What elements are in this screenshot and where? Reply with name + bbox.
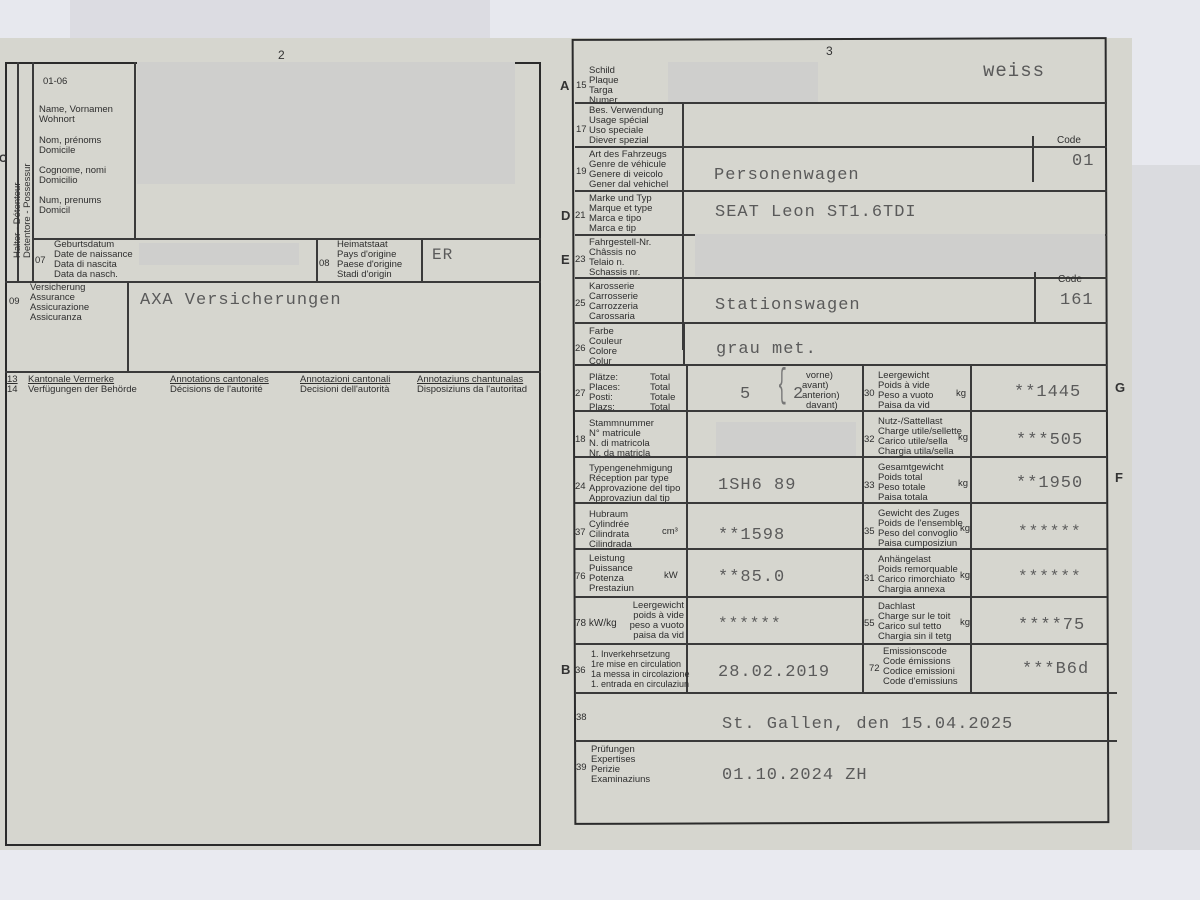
power-value: **85.0 — [718, 568, 785, 587]
home-country-value: ER — [432, 246, 453, 264]
trailer-load-field-number: 31 — [864, 573, 875, 584]
seats-field-number: 27 — [575, 388, 586, 399]
holder-label: Domicil — [39, 206, 101, 216]
vehicle-kind-field-number: 19 — [576, 166, 587, 177]
total-weight-field-number: 33 — [864, 480, 875, 491]
seats-brace: { — [777, 366, 787, 408]
inspections-label: Examinaziuns — [591, 775, 650, 785]
chassis-field-number: 23 — [575, 254, 586, 265]
divider — [575, 410, 1107, 412]
displacement-field-number: 37 — [575, 527, 586, 538]
empty-weight-unit: kg — [956, 389, 966, 399]
divider — [127, 281, 129, 372]
body-field-number: 25 — [575, 298, 586, 309]
divider — [683, 322, 685, 364]
remarks-label-fr: Décisions de l'autorité — [170, 385, 269, 395]
seats-label: Plazs: — [589, 403, 620, 413]
section-letter-d: D — [561, 208, 570, 223]
divider — [421, 238, 423, 282]
divider — [575, 740, 1117, 742]
divider — [575, 692, 1117, 694]
remarks-label-rm: Disposiziuns da l'autoritad — [417, 385, 527, 395]
divider — [575, 456, 1107, 458]
empty-weight-field-number: 30 — [864, 388, 875, 399]
seats-total-label: Total — [650, 403, 675, 413]
master-number-label: Nr. da matricla — [589, 449, 654, 459]
birthdate-label: Data da nasch. — [54, 270, 133, 280]
emission-code-value: ***B6d — [1022, 660, 1089, 679]
power-weight-label: paisa da vid — [628, 631, 684, 641]
vehicle-kind-code-label: Code — [1057, 136, 1081, 146]
insurance-label: Assicuranza — [30, 313, 89, 323]
train-weight-unit: kg — [960, 524, 970, 534]
total-weight-value: **1950 — [1016, 474, 1083, 493]
type-approval-field-number: 24 — [575, 481, 586, 492]
background-surface — [0, 850, 1200, 900]
divider — [575, 596, 1107, 598]
power-label: Prestaziun — [589, 584, 634, 594]
payload-value: ***505 — [1016, 431, 1083, 450]
divider — [575, 502, 1107, 504]
divider — [575, 548, 1107, 550]
registration-document: 2 C Halter - Détenteur Detentore - Posse… — [0, 38, 1132, 850]
body-code: 161 — [1060, 291, 1094, 310]
power-unit: kW — [664, 571, 678, 581]
plate-field-number: 15 — [576, 80, 587, 91]
divider — [1034, 272, 1036, 322]
master-number-field-number: 18 — [575, 434, 586, 445]
home-country-label: Stadi d'origin — [337, 270, 402, 280]
page-number-left: 2 — [278, 48, 285, 62]
plate-value-redacted — [668, 62, 818, 102]
background-paper-right — [1132, 165, 1200, 900]
holder-label: Domicilio — [39, 176, 106, 186]
inspections-value: 01.10.2024 ZH — [722, 766, 868, 785]
home-country-field-number: 08 — [319, 258, 330, 269]
empty-weight-value: **1445 — [1014, 383, 1081, 402]
section-letter-b: B — [561, 662, 570, 677]
color-field-number: 26 — [575, 343, 586, 354]
first-registration-label: 1. entrada en circulaziun — [591, 679, 690, 689]
divider — [575, 190, 1107, 192]
section-letter-e: E — [561, 252, 570, 267]
trailer-load-label: Chargia annexa — [878, 585, 958, 595]
holder-vertical-label-2: Detentore - Possessur — [23, 108, 33, 258]
type-approval-value: 1SH6 89 — [718, 476, 796, 495]
body-label: Carossaria — [589, 312, 638, 322]
payload-field-number: 32 — [864, 434, 875, 445]
divider — [134, 62, 136, 240]
seats-total-value: 5 — [740, 385, 751, 404]
divider — [575, 102, 1107, 104]
vehicle-kind-value: Personenwagen — [714, 166, 860, 185]
vehicle-kind-code: 01 — [1072, 152, 1094, 171]
trailer-load-unit: kg — [960, 571, 970, 581]
train-weight-value: ****** — [1018, 523, 1082, 541]
first-registration-value: 28.02.2019 — [718, 663, 830, 682]
power-weight-field-number: 78 kW/kg — [575, 618, 617, 629]
trailer-load-value: ****** — [1018, 568, 1082, 586]
divider — [575, 277, 1107, 279]
total-weight-unit: kg — [958, 479, 968, 489]
holder-value-redacted — [137, 62, 515, 184]
power-field-number: 76 — [575, 571, 586, 582]
payload-unit: kg — [958, 433, 968, 443]
divider — [682, 102, 684, 350]
special-use-label: Diever spezial — [589, 136, 663, 146]
section-letter-f: F — [1115, 470, 1123, 485]
make-type-value: SEAT Leon ST1.6TDI — [715, 203, 917, 222]
place-date-field-number: 38 — [576, 712, 587, 723]
birthdate-field-number: 07 — [35, 255, 46, 266]
section-letter-a: A — [560, 78, 569, 93]
holder-label: Domicile — [39, 146, 101, 156]
first-registration-label: 1re mise en circulation — [591, 659, 690, 669]
body-code-label: Code — [1058, 275, 1082, 285]
holder-label: Wohnort — [39, 115, 113, 125]
color-value: grau met. — [716, 340, 817, 359]
divider — [575, 322, 1107, 324]
master-number-value-redacted — [716, 422, 856, 456]
first-registration-label: 1a messa in circolazione — [591, 669, 690, 679]
divider — [575, 146, 1107, 148]
divider — [1032, 136, 1034, 182]
divider — [316, 238, 318, 282]
divider — [5, 371, 541, 373]
divider — [575, 364, 1107, 366]
make-type-label: Marca e tip — [589, 224, 652, 234]
emission-code-label: Code d'emissiuns — [883, 677, 958, 687]
roof-load-unit: kg — [960, 618, 970, 628]
inspections-field-number: 39 — [576, 762, 587, 773]
special-use-field-number: 17 — [576, 124, 587, 135]
section-letter-g: G — [1115, 380, 1125, 395]
birthdate-value-redacted — [139, 243, 299, 265]
power-weight-value: ****** — [718, 615, 782, 633]
body-value: Stationswagen — [715, 296, 861, 315]
insurance-field-number: 09 — [9, 296, 20, 307]
section-letter-c: C — [0, 153, 7, 165]
remarks-field-number-14: 14 — [7, 385, 18, 395]
first-registration-label: 1. Inverkehrsetzung — [591, 649, 690, 659]
emission-code-field-number: 72 — [869, 663, 880, 674]
plate-color-value: weiss — [983, 60, 1045, 82]
place-date-value: St. Gallen, den 15.04.2025 — [722, 715, 1013, 734]
displacement-unit: cm³ — [662, 527, 678, 537]
displacement-value: **1598 — [718, 526, 785, 545]
vehicle-kind-label: Gener dal vehichel — [589, 180, 668, 190]
insurance-value: AXA Versicherungen — [140, 291, 342, 310]
color-label: Colur — [589, 357, 622, 367]
roof-load-field-number: 55 — [864, 618, 875, 629]
divider — [575, 643, 1107, 645]
chassis-value-redacted — [695, 234, 1105, 276]
remarks-label-it: Decisioni dell'autorità — [300, 385, 390, 395]
roof-load-value: ****75 — [1018, 616, 1085, 635]
remarks-label-de: Verfügungen der Behörde — [28, 385, 137, 395]
background-paper-top — [70, 0, 490, 42]
make-type-field-number: 21 — [575, 210, 586, 221]
first-registration-field-number: 36 — [575, 665, 586, 676]
train-weight-field-number: 35 — [864, 526, 875, 537]
holder-field-number: 01-06 — [43, 76, 67, 87]
roof-load-label: Chargia sin il tetg — [878, 632, 951, 642]
